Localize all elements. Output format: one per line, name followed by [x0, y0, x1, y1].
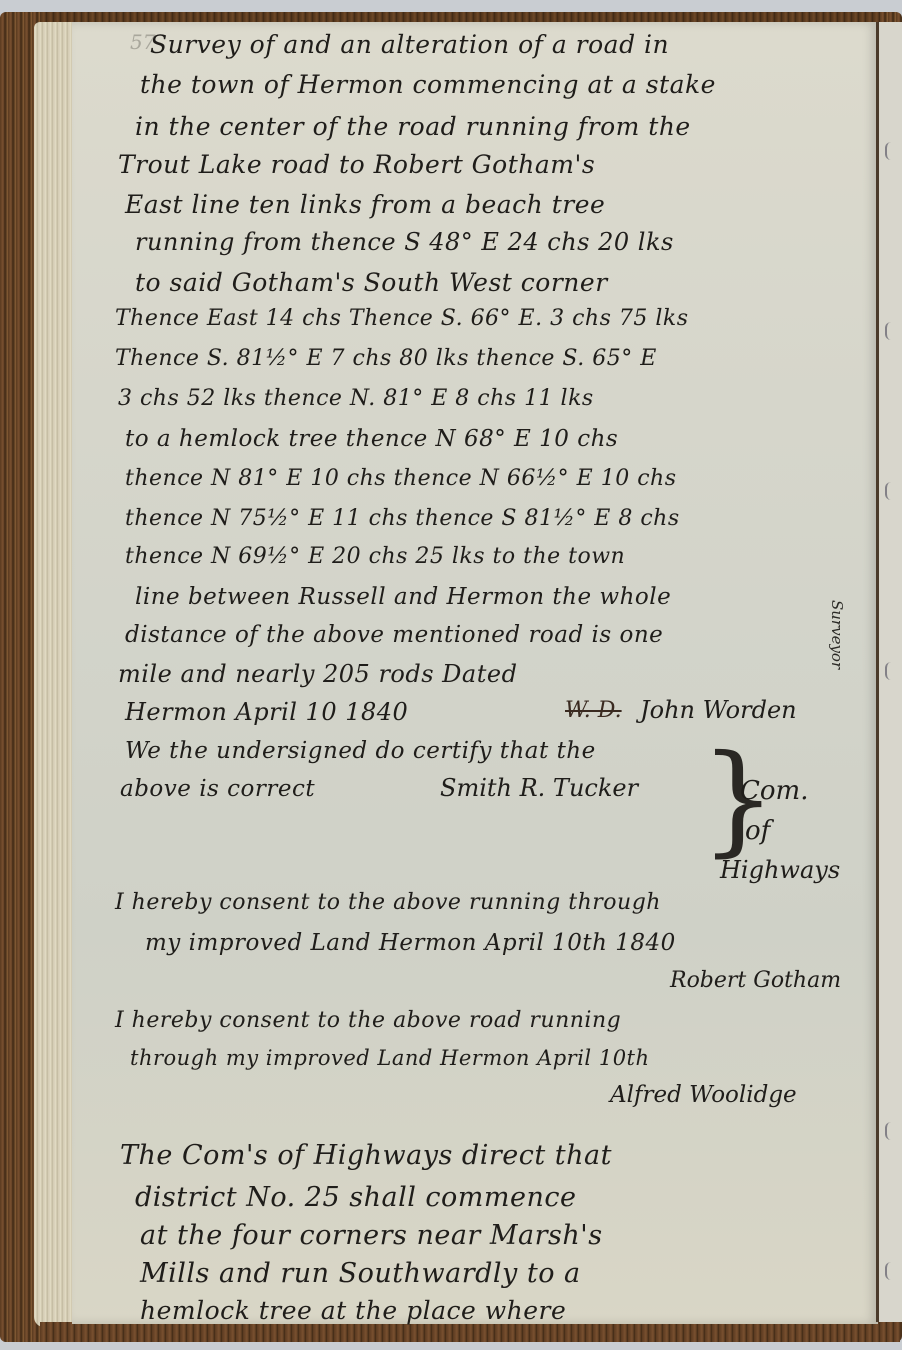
- survey-line: to said Gotham's South West corner: [135, 268, 608, 297]
- survey-line: distance of the above mentioned road is …: [125, 622, 663, 648]
- survey-line: thence N 81° E 10 chs thence N 66½° E 10…: [125, 466, 676, 491]
- order-line: district No. 25 shall commence: [135, 1182, 576, 1213]
- order-line: The Com's of Highways direct that: [120, 1140, 612, 1171]
- survey-line: Survey of and an alteration of a road in: [150, 30, 669, 59]
- landowner-signature: Robert Gotham: [670, 968, 841, 993]
- surveyor-signature: John Worden: [640, 696, 797, 724]
- adjacent-page-ink: [885, 482, 897, 500]
- adjacent-page-ink: [885, 142, 897, 160]
- certification-line: We the undersigned do certify that the: [125, 738, 596, 764]
- commissioner-title: Highways: [720, 856, 840, 884]
- survey-line: mile and nearly 205 rods Dated: [118, 660, 517, 688]
- consent-line: through my improved Land Hermon April 10…: [130, 1046, 650, 1070]
- adjacent-page-ink: [885, 1262, 897, 1280]
- certification-line: above is correct: [120, 776, 315, 802]
- commissioner-title: Com.: [740, 776, 808, 806]
- survey-line: 3 chs 52 lks thence N. 81° E 8 chs 11 lk…: [118, 386, 594, 411]
- survey-line: East line ten links from a beach tree: [125, 190, 605, 219]
- adjacent-page-ink: [885, 322, 897, 340]
- survey-line: in the center of the road running from t…: [135, 112, 691, 141]
- book-cover-bottom: [40, 1322, 900, 1342]
- survey-line: thence N 69½° E 20 chs 25 lks to the tow…: [125, 544, 625, 569]
- commissioner-signature: Smith R. Tucker: [440, 774, 638, 802]
- page-edges: [34, 22, 74, 1327]
- consent-line: my improved Land Hermon April 10th 1840: [145, 930, 676, 956]
- survey-line: Trout Lake road to Robert Gotham's: [118, 150, 595, 179]
- surveyor-title: Surveyor: [828, 600, 846, 669]
- survey-date-line: Hermon April 10 1840: [125, 698, 408, 726]
- survey-line: the town of Hermon commencing at a stake: [140, 70, 716, 99]
- struck-out-text: W. D.: [565, 698, 622, 723]
- survey-line: thence N 75½° E 11 chs thence S 81½° E 8…: [125, 506, 680, 531]
- survey-line: to a hemlock tree thence N 68° E 10 chs: [125, 426, 618, 452]
- commissioner-title: of: [745, 816, 770, 846]
- adjacent-page-ink: [885, 1122, 897, 1140]
- consent-line: I hereby consent to the above road runni…: [115, 1008, 621, 1033]
- survey-line: line between Russell and Hermon the whol…: [135, 584, 671, 610]
- order-line: Mills and run Southwardly to a: [140, 1258, 581, 1289]
- order-line: hemlock tree at the place where: [140, 1296, 566, 1325]
- survey-line: Thence East 14 chs Thence S. 66° E. 3 ch…: [115, 306, 689, 331]
- adjacent-page-ink: [885, 662, 897, 680]
- consent-line: I hereby consent to the above running th…: [115, 890, 661, 915]
- survey-line: Thence S. 81½° E 7 chs 80 lks thence S. …: [115, 346, 657, 371]
- survey-line: running from thence S 48° E 24 chs 20 lk…: [135, 228, 674, 256]
- landowner-signature: Alfred Woolidge: [610, 1082, 797, 1108]
- adjacent-page: [879, 22, 902, 1322]
- order-line: at the four corners near Marsh's: [140, 1220, 603, 1251]
